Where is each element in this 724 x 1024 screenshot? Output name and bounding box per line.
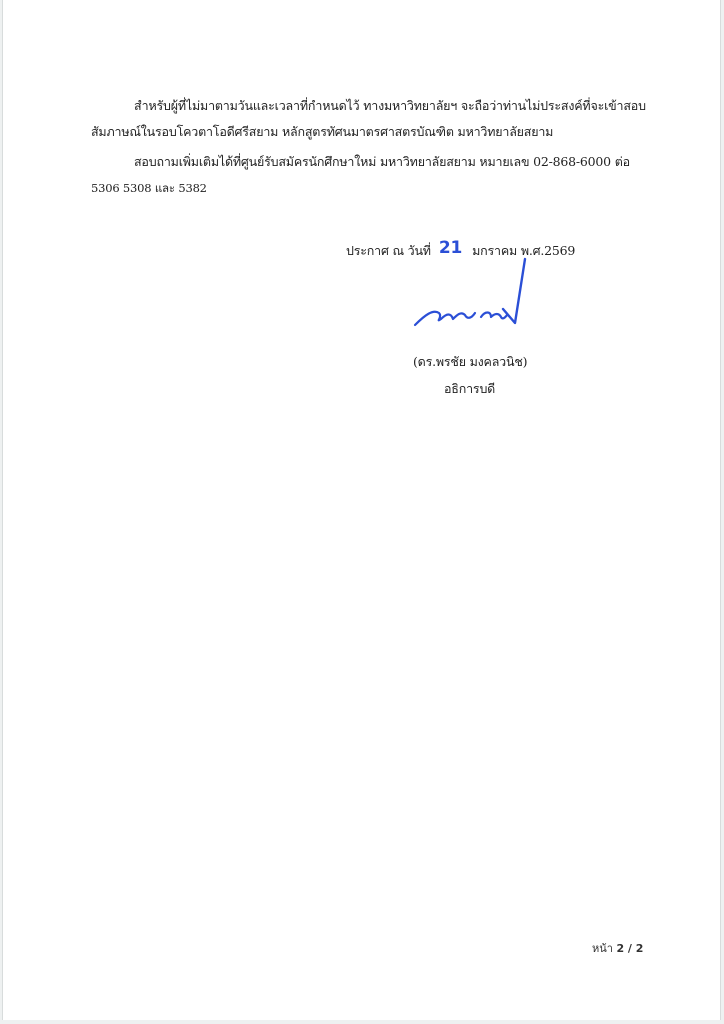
paragraph-2-line-2: 5306 5308 และ 5382 [91, 180, 207, 198]
signature-icon [403, 255, 543, 335]
paragraph-1-line-2: สัมภาษณ์ในรอบโควตาโอดีศรีสยาม หลักสูตรทั… [91, 122, 553, 142]
signatory-position: อธิการบดี [444, 379, 495, 399]
signatory-name: (ดร.พรชัย มงคลวนิช) [413, 352, 527, 372]
page-label: หน้า [592, 942, 613, 955]
paragraph-2-line-1: สอบถามเพิ่มเติมได้ที่ศูนย์รับสมัครนักศึก… [134, 152, 630, 172]
page-value: 2 / 2 [616, 942, 643, 955]
document-page: สำหรับผู้ที่ไม่มาตามวันและเวลาที่กำหนดไว… [2, 0, 721, 1020]
paragraph-1-line-1: สำหรับผู้ที่ไม่มาตามวันและเวลาที่กำหนดไว… [134, 96, 646, 116]
page-number: หน้า 2 / 2 [592, 939, 643, 957]
